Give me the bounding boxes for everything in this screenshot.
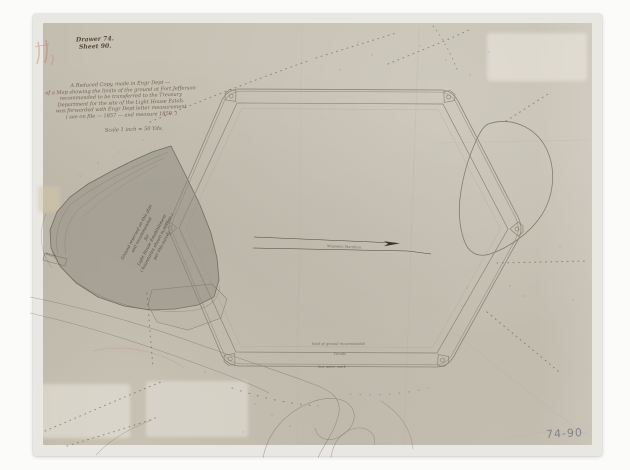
fort-outer-edge-label: low water mark xyxy=(318,365,346,369)
sheet-number-pencil: 74-90 xyxy=(546,426,584,441)
repair-patch xyxy=(487,33,587,81)
tape-mark xyxy=(38,186,60,212)
scan-background: Drawer 74. Sheet 90. A Reduced Copy, mad… xyxy=(0,0,630,470)
repair-patch xyxy=(146,381,248,437)
drawer-sheet-label: Drawer 74. Sheet 90. xyxy=(64,35,126,51)
parade-label: Parade xyxy=(334,352,346,356)
survey-note: A Reduced Copy, made in Engr Dept — of a… xyxy=(36,78,206,121)
fort-inner-edge-label: limit of ground recommended xyxy=(312,342,365,346)
repair-patch xyxy=(40,384,130,438)
